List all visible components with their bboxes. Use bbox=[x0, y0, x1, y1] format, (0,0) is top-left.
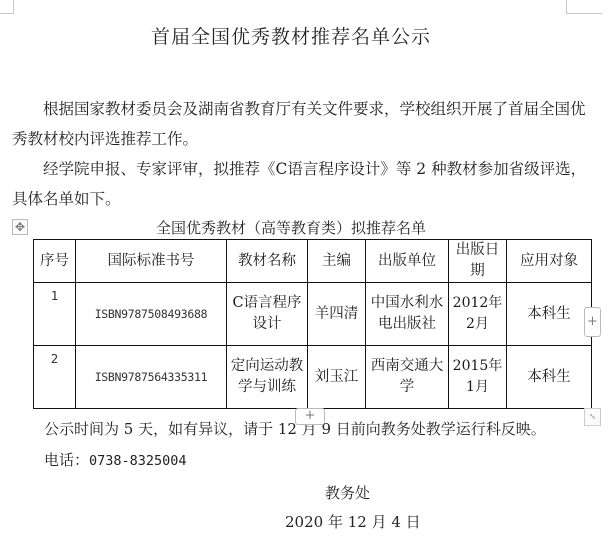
header-seq: 序号 bbox=[34, 240, 76, 283]
department-signature: 教务处 bbox=[325, 478, 370, 508]
header-editor: 主编 bbox=[308, 240, 366, 283]
cell-pub-date[interactable]: 2015年1月 bbox=[449, 346, 507, 409]
cell-audience[interactable]: 本科生 bbox=[507, 283, 592, 346]
plus-icon: + bbox=[305, 408, 316, 423]
recommendation-paragraph: 经学院申报、专家评审，拟推荐《C语言程序设计》等 2 种教材参加省级评选，具体名… bbox=[12, 154, 587, 214]
table-row: 1 ISBN9787508493688 C语言程序设计 羊四清 中国水利水电出版… bbox=[34, 283, 592, 346]
cell-name[interactable]: 定向运动教学与训练 bbox=[227, 346, 308, 409]
header-pub-date: 出版日期 bbox=[449, 240, 507, 283]
recommendation-paragraph-text: 经学院申报、专家评审，拟推荐《C语言程序设计》等 2 种教材参加省级评选，具体名… bbox=[12, 160, 586, 208]
phone-number: 0738-8325004 bbox=[89, 453, 187, 469]
intro-paragraph-text: 根据国家教材委员会及湖南省教育厅有关文件要求，学校组织开展了首届全国优秀教材校内… bbox=[12, 100, 586, 148]
add-column-button[interactable]: + bbox=[295, 408, 325, 425]
cell-seq[interactable]: 2 bbox=[34, 346, 76, 409]
header-name: 教材名称 bbox=[227, 240, 308, 283]
cell-publisher[interactable]: 西南交通大学 bbox=[366, 346, 449, 409]
header-isbn: 国际标准书号 bbox=[76, 240, 227, 283]
intro-paragraph: 根据国家教材委员会及湖南省教育厅有关文件要求，学校组织开展了首届全国优秀教材校内… bbox=[12, 94, 587, 154]
resize-diagonal-icon: ⤡ bbox=[589, 412, 596, 421]
cell-name[interactable]: C语言程序设计 bbox=[227, 283, 308, 346]
cell-seq[interactable]: 1 bbox=[34, 283, 76, 346]
add-row-button[interactable]: + bbox=[584, 307, 601, 337]
cell-isbn[interactable]: ISBN9787564335311 bbox=[76, 346, 227, 409]
signature-date: 2020 年 12 月 4 日 bbox=[285, 507, 421, 537]
table-resize-handle[interactable]: ⤡ bbox=[584, 408, 601, 426]
table-row: 2 ISBN9787564335311 定向运动教学与训练 刘玉江 西南交通大学… bbox=[34, 346, 592, 409]
page-corner-mark-left bbox=[0, 0, 14, 14]
recommendation-table: 序号 国际标准书号 教材名称 主编 出版单位 出版日期 应用对象 1 ISBN9… bbox=[33, 239, 592, 409]
header-publisher: 出版单位 bbox=[366, 240, 449, 283]
cell-pub-date[interactable]: 2012年2月 bbox=[449, 283, 507, 346]
cell-editor[interactable]: 刘玉江 bbox=[308, 346, 366, 409]
cell-isbn[interactable]: ISBN9787508493688 bbox=[76, 283, 227, 346]
cell-editor[interactable]: 羊四清 bbox=[308, 283, 366, 346]
cell-publisher[interactable]: 中国水利水电出版社 bbox=[366, 283, 449, 346]
header-audience: 应用对象 bbox=[507, 240, 592, 283]
phone-line: 电话：0738-8325004 bbox=[44, 445, 187, 476]
document-title: 首届全国优秀教材推荐名单公示 bbox=[0, 22, 582, 49]
page-corner-mark-right bbox=[566, 0, 602, 14]
table-header-row: 序号 国际标准书号 教材名称 主编 出版单位 出版日期 应用对象 bbox=[34, 240, 592, 283]
cell-audience[interactable]: 本科生 bbox=[507, 346, 592, 409]
plus-icon: + bbox=[587, 314, 598, 329]
table-caption: 全国优秀教材（高等教育类）拟推荐名单 bbox=[0, 217, 582, 238]
phone-label: 电话： bbox=[44, 451, 89, 469]
